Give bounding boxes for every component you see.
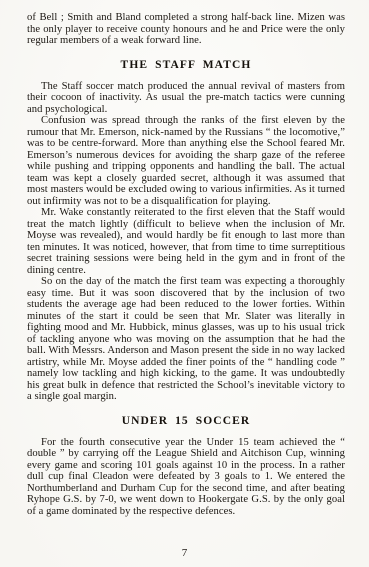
paragraph-continuation: of Bell ; Smith and Bland completed a st… — [27, 12, 345, 47]
paragraph-staff-match-2: Confusion was spread through the ranks o… — [27, 115, 345, 207]
heading-the-staff-match: THE STAFF MATCH — [27, 59, 345, 71]
page-number: 7 — [0, 547, 369, 559]
heading-under-15-soccer: UNDER 15 SOCCER — [27, 415, 345, 427]
paragraph-staff-match-1: The Staff soccer match produced the annu… — [27, 81, 345, 116]
paragraph-staff-match-4: So on the day of the match the first tea… — [27, 276, 345, 403]
paragraph-under-15-soccer-1: For the fourth consecutive year the Unde… — [27, 437, 345, 518]
paragraph-staff-match-3: Mr. Wake constantly reiterated to the fi… — [27, 207, 345, 276]
document-page: of Bell ; Smith and Bland completed a st… — [0, 0, 369, 567]
